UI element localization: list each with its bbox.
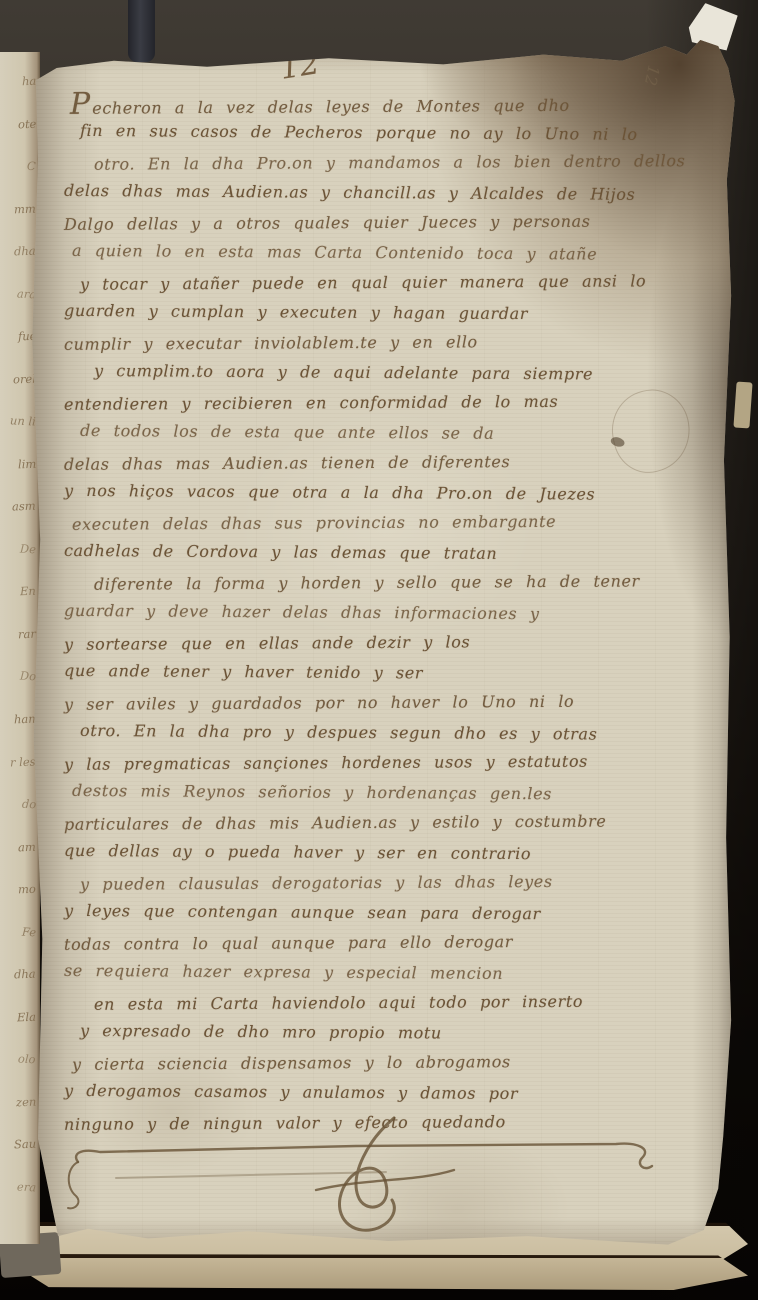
margin-text-fragment: zen xyxy=(15,1094,38,1109)
margin-text-fragment: Sau xyxy=(14,1137,39,1152)
margin-text-fragment: era xyxy=(16,1179,38,1194)
margin-text-fragment: asm xyxy=(12,499,38,514)
manuscript-line: de todos los de esta que ante ellos se d… xyxy=(80,416,672,450)
manuscript-line: y ser aviles y guardados por no haver lo… xyxy=(64,686,672,720)
manuscript-line: y cierta sciencia dispensamos y lo abrog… xyxy=(72,1046,672,1080)
margin-text-fragment: ha xyxy=(21,74,38,89)
manuscript-line: y expresado de dho mro propio motu xyxy=(80,1016,672,1050)
manuscript-line: y cumplim.to aora y de aqui adelante par… xyxy=(94,356,672,390)
margin-text-fragment: am xyxy=(18,839,38,854)
manuscript-line: entendieren y recibieren en conformidad … xyxy=(64,386,672,420)
margin-text-fragment: r les xyxy=(10,754,38,769)
margin-text-fragment: rar xyxy=(18,627,38,642)
margin-text-fragment: mo xyxy=(18,882,38,897)
previous-page-text-fragments: haoteCmmdhaarafueorelun lilimasmDeEnrarD… xyxy=(0,74,38,1194)
margin-text-fragment: De xyxy=(20,541,39,556)
margin-text-fragment: olo xyxy=(18,1052,38,1067)
manuscript-line: Dalgo dellas y a otros quales quier Juec… xyxy=(64,206,672,240)
manuscript-line: en esta mi Carta haviendolo aqui todo po… xyxy=(94,986,672,1020)
manuscript-line: y nos hiços vacos que otra a la dha Pro.… xyxy=(64,476,672,510)
manuscript-line: delas dhas mas Audien.as tienen de difer… xyxy=(64,446,672,480)
margin-text-fragment: do xyxy=(21,797,38,812)
rubric-flourish xyxy=(276,1112,476,1252)
margin-text-fragment: ote xyxy=(17,116,38,131)
manuscript-line: diferente la forma y horden y sello que … xyxy=(94,566,672,600)
manuscript-line: que ande tener y haver tenido y ser xyxy=(64,656,672,690)
clamp-rod xyxy=(128,0,155,62)
manuscript-line: guardar y deve hazer delas dhas informac… xyxy=(64,596,672,630)
manuscript-line: particulares de dhas mis Audien.as y est… xyxy=(64,806,672,840)
manuscript-line: executen delas dhas sus provincias no em… xyxy=(72,506,672,540)
manuscript-line: a quien lo en esta mas Carta Contenido t… xyxy=(72,236,672,270)
manuscript-line: cadhelas de Cordova y las demas que trat… xyxy=(64,536,672,570)
manuscript-line: que dellas ay o pueda haver y ser en con… xyxy=(64,836,672,870)
manuscript-line: y leyes que contengan aunque sean para d… xyxy=(64,896,672,930)
manuscript-line: delas dhas mas Audien.as y chancill.as y… xyxy=(64,176,672,210)
manuscript-line: Pecheron a la vez delas leyes de Montes … xyxy=(70,86,672,120)
margin-text-fragment: Do xyxy=(19,669,38,684)
underlying-page-edge-2 xyxy=(4,1254,748,1290)
margin-text-fragment: un li xyxy=(10,414,39,429)
manuscript-line: y pueden clausulas derogatorias y las dh… xyxy=(80,866,672,900)
manuscript-line: y tocar y atañer puede en qual quier man… xyxy=(80,266,672,300)
margin-text-fragment: C xyxy=(27,159,39,174)
manuscript-line: y las pregmaticas sançiones hordenes uso… xyxy=(64,746,672,780)
manuscript-line: otro. En la dha Pro.on y mandamos a los … xyxy=(94,146,672,180)
margin-text-fragment: En xyxy=(20,584,38,599)
manuscript-line: destos mis Reynos señorios y hordenanças… xyxy=(72,776,672,810)
manuscript-line: otro. En la dha pro y despues segun dho … xyxy=(80,716,672,750)
margin-text-fragment: mm xyxy=(14,201,38,216)
manuscript-line: guarden y cumplan y executen y hagan gua… xyxy=(64,296,672,330)
right-edge-flap xyxy=(733,381,752,428)
manuscript-text: Pecheron a la vez delas leyes de Montes … xyxy=(64,88,672,1138)
manuscript-page: 12 12 Pecheron a la vez delas leyes de M… xyxy=(28,40,744,1258)
manuscript-line: fin en sus casos de Pecheros porque no a… xyxy=(80,116,672,150)
margin-text-fragment: Fe xyxy=(21,924,38,939)
margin-text-fragment: lim xyxy=(17,456,38,471)
previous-page-edge: haoteCmmdhaarafueorelun lilimasmDeEnrarD… xyxy=(0,52,40,1244)
manuscript-line: cumplir y executar inviolablem.te y en e… xyxy=(64,326,672,360)
margin-text-fragment: dha xyxy=(14,967,38,982)
manuscript-line: y derogamos casamos y anulamos y damos p… xyxy=(64,1076,672,1110)
margin-text-fragment: dha xyxy=(14,244,38,259)
margin-text-fragment: Ela xyxy=(17,1009,38,1024)
manuscript-line: se requiera hazer expresa y especial men… xyxy=(64,956,672,990)
manuscript-line: y sortearse que en ellas ande dezir y lo… xyxy=(64,626,672,660)
manuscript-line: todas contra lo qual aunque para ello de… xyxy=(64,926,672,960)
